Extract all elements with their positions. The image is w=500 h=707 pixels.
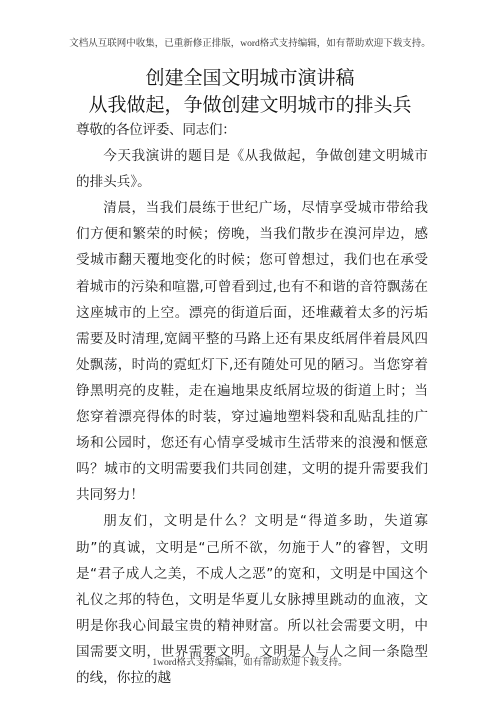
document-body: 尊敬的各位评委、同志们： 今天我演讲的题目是《从我做起，争做创建文明城市的排头兵… bbox=[76, 117, 428, 691]
paragraph-topic: 今天我演讲的题目是《从我做起，争做创建文明城市的排头兵》。 bbox=[76, 143, 428, 195]
page-header-note: 文档从互联网中收集，已重新修正排版，word格式支持编辑，如有帮助欢迎下载支持。 bbox=[0, 35, 500, 49]
document-subtitle: 从我做起，争做创建文明城市的排头兵 bbox=[0, 90, 500, 117]
document-title: 创建全国文明城市演讲稿 bbox=[0, 63, 500, 90]
page-footer-note: 1word格式支持编辑，如有帮助欢迎下载支持。 bbox=[0, 654, 500, 668]
salutation: 尊敬的各位评委、同志们： bbox=[76, 117, 428, 143]
paragraph-city-life: 清晨，当我们晨练于世纪广场，尽情享受城市带给我们方便和繁荣的时候；傍晚，当我们散… bbox=[76, 195, 428, 508]
